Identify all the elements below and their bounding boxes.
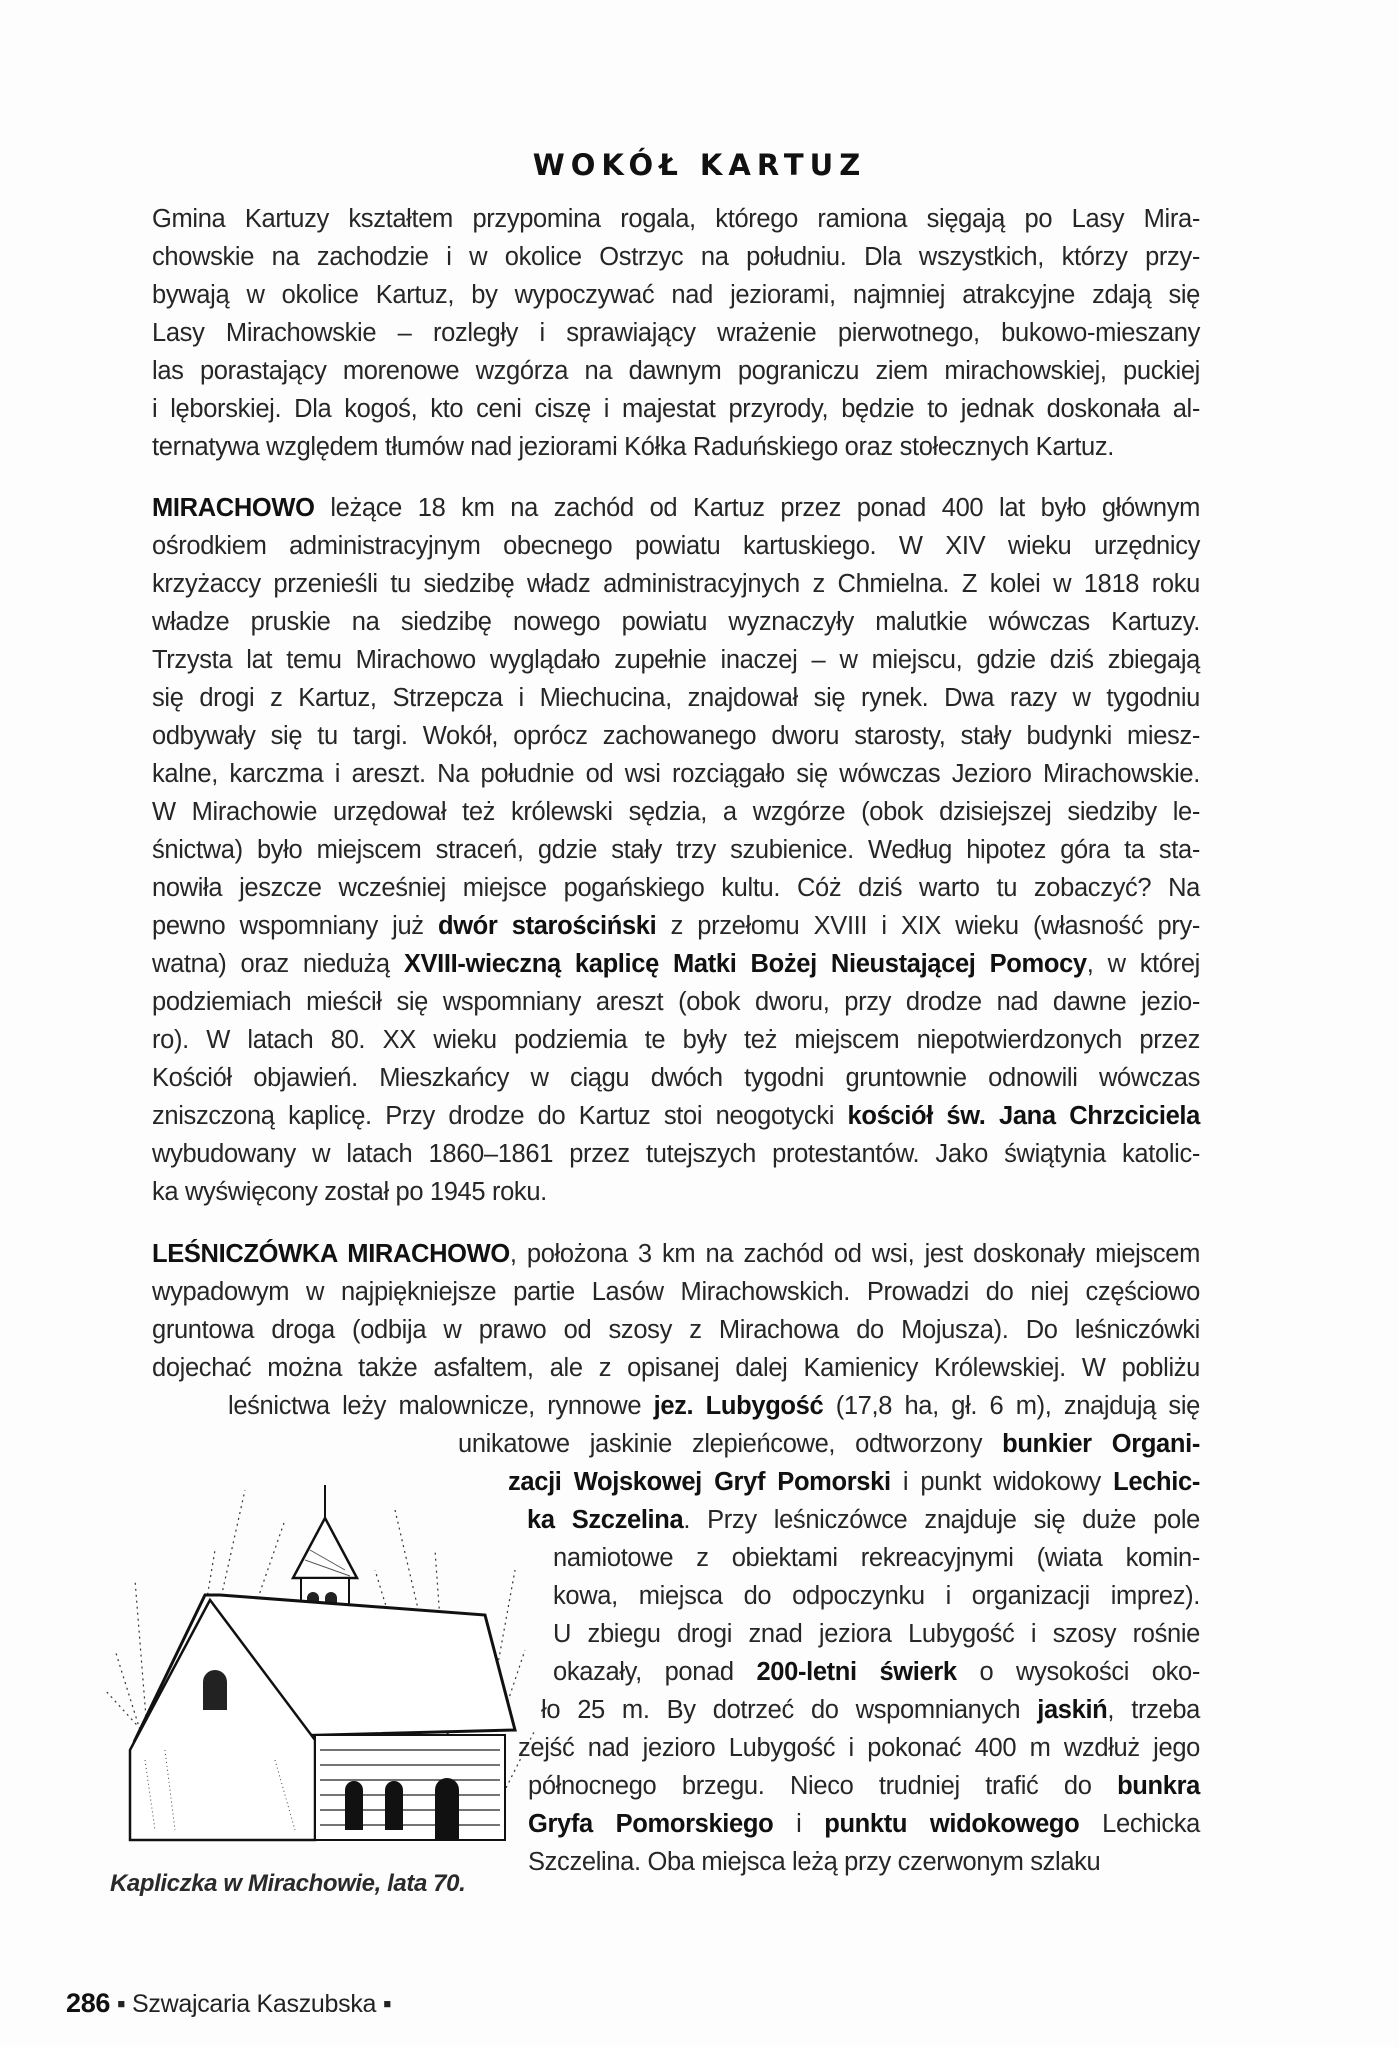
text-line: kowa, miejsca do odpoczynku i organizacj… bbox=[553, 1577, 1200, 1615]
text-line: zacji Wojskowej Gryf Pomorski i punkt wi… bbox=[508, 1463, 1200, 1501]
bold-term: kościół św. Jana Chrzciciela bbox=[848, 1102, 1200, 1130]
footer-bullet: ▪ bbox=[383, 1990, 392, 2018]
text-line: unikatowe jaskinie zlepieńcowe, odtworzo… bbox=[458, 1425, 1200, 1463]
bold-term: 200-letni świerk bbox=[756, 1658, 956, 1686]
text-line: północnego brzegu. Nieco trudniej trafić… bbox=[528, 1767, 1200, 1805]
figure-caption: Kapliczka w Mirachowie, lata 70. bbox=[110, 1870, 465, 1898]
page-footer: 286 ▪ Szwajcaria Kaszubska ▪ bbox=[66, 1988, 391, 2019]
text-line: las porastający morenowe wzgórza na dawn… bbox=[152, 352, 1200, 390]
text-line: ośrodkiem administracyjnym obecnego powi… bbox=[152, 527, 1200, 565]
text-line: ło 25 m. By dotrzeć do wspomnianych jask… bbox=[541, 1691, 1200, 1729]
page-title: WOKÓŁ KARTUZ bbox=[0, 148, 1399, 182]
text-line: ka wyświęcony został po 1945 roku. bbox=[152, 1173, 1200, 1211]
text-line: kalne, karczma i areszt. Na południe od … bbox=[152, 755, 1200, 793]
text-line: Gmina Kartuzy kształtem przypomina rogal… bbox=[152, 200, 1200, 238]
text-line: bywają w okolice Kartuz, by wypoczywać n… bbox=[152, 276, 1200, 314]
bold-term: ka Szczelina bbox=[527, 1506, 683, 1534]
bold-term: Gryfa Pomorskiego bbox=[528, 1810, 773, 1838]
text-line: pewno wspomniany już dwór starościński z… bbox=[152, 907, 1200, 945]
text-line: chowskie na zachodzie i w okolice Ostrzy… bbox=[152, 238, 1200, 276]
text-line: ternatywa względem tłumów nad jeziorami … bbox=[152, 428, 1200, 466]
text-line: odbywały się tu targi. Wokół, oprócz zac… bbox=[152, 717, 1200, 755]
text-line: W Mirachowie urzędował też królewski sęd… bbox=[152, 793, 1200, 831]
bold-term: LEŚNICZÓWKA MIRACHOWO bbox=[152, 1240, 510, 1268]
bold-term: bunkier Organi- bbox=[1002, 1430, 1200, 1458]
text-line: Szczelina. Oba miejsca leżą przy czerwon… bbox=[528, 1843, 1200, 1881]
text-line: Gryfa Pomorskiego i punktu widokowego Le… bbox=[528, 1805, 1200, 1843]
text-line: i lęborskiej. Dla kogoś, kto ceni ciszę … bbox=[152, 390, 1200, 428]
section-name: Szwajcaria Kaszubska bbox=[132, 1990, 376, 2018]
text-line: Lasy Mirachowskie – rozległy i sprawiają… bbox=[152, 314, 1200, 352]
text-line: okazały, ponad 200-letni świerk o wysoko… bbox=[553, 1653, 1200, 1691]
chapel-illustration-icon bbox=[95, 1430, 535, 1850]
text-line: gruntowa droga (odbija w prawo od szosy … bbox=[152, 1311, 1200, 1349]
text-line: wybudowany w latach 1860–1861 przez tute… bbox=[152, 1135, 1200, 1173]
text-line: watna) oraz niedużą XVIII-wieczną kaplic… bbox=[152, 945, 1200, 983]
text-line: ro). W latach 80. XX wieku podziemia te … bbox=[152, 1021, 1200, 1059]
text-line: leśnictwa leży malownicze, rynnowe jez. … bbox=[228, 1387, 1200, 1425]
text-line: podziemiach mieścił się wspomniany aresz… bbox=[152, 983, 1200, 1021]
text-line: krzyżaccy przenieśli tu siedzibę władz a… bbox=[152, 565, 1200, 603]
bold-term: jez. Lubygość bbox=[654, 1392, 824, 1420]
page-number: 286 bbox=[66, 1988, 110, 2018]
bold-term: XVIII-wieczną kaplicę Matki Bożej Nieust… bbox=[404, 950, 1087, 978]
text-line: Kościół objawień. Mieszkańcy w ciągu dwó… bbox=[152, 1059, 1200, 1097]
footer-bullet: ▪ bbox=[117, 1990, 132, 2018]
text-line: ka Szczelina. Przy leśniczówce znajduje … bbox=[527, 1501, 1200, 1539]
text-line: MIRACHOWO leżące 18 km na zachód od Kart… bbox=[152, 489, 1200, 527]
bold-term: dwór starościński bbox=[438, 912, 656, 940]
text-line: zejść nad jezioro Lubygość i pokonać 400… bbox=[518, 1729, 1200, 1767]
text-line: zniszczoną kaplicę. Przy drodze do Kartu… bbox=[152, 1097, 1200, 1135]
text-line: LEŚNICZÓWKA MIRACHOWO, położona 3 km na … bbox=[152, 1235, 1200, 1273]
bold-term: zacji Wojskowej Gryf Pomorski bbox=[508, 1468, 891, 1496]
text-line: dojechać można także asfaltem, ale z opi… bbox=[152, 1349, 1200, 1387]
text-line: namiotowe z obiektami rekreacyjnymi (wia… bbox=[553, 1539, 1200, 1577]
text-line: wypadowym w najpiękniejsze partie Lasów … bbox=[152, 1273, 1200, 1311]
text-line: U zbiegu drogi znad jeziora Lubygość i s… bbox=[553, 1615, 1200, 1653]
bold-term: MIRACHOWO bbox=[152, 494, 315, 522]
bold-term: bunkra bbox=[1117, 1772, 1200, 1800]
text-line: Trzysta lat temu Mirachowo wyglądało zup… bbox=[152, 641, 1200, 679]
text-line: nowiła jeszcze wcześniej miejsce pogańsk… bbox=[152, 869, 1200, 907]
text-line: władze pruskie na siedzibę nowego powiat… bbox=[152, 603, 1200, 641]
text-line: się drogi z Kartuz, Strzepcza i Miechuci… bbox=[152, 679, 1200, 717]
text-line: śnictwa) było miejscem straceń, gdzie st… bbox=[152, 831, 1200, 869]
bold-term: punktu widokowego bbox=[824, 1810, 1079, 1838]
bold-term: jaskiń bbox=[1037, 1696, 1107, 1724]
bold-term: Lechic- bbox=[1113, 1468, 1200, 1496]
